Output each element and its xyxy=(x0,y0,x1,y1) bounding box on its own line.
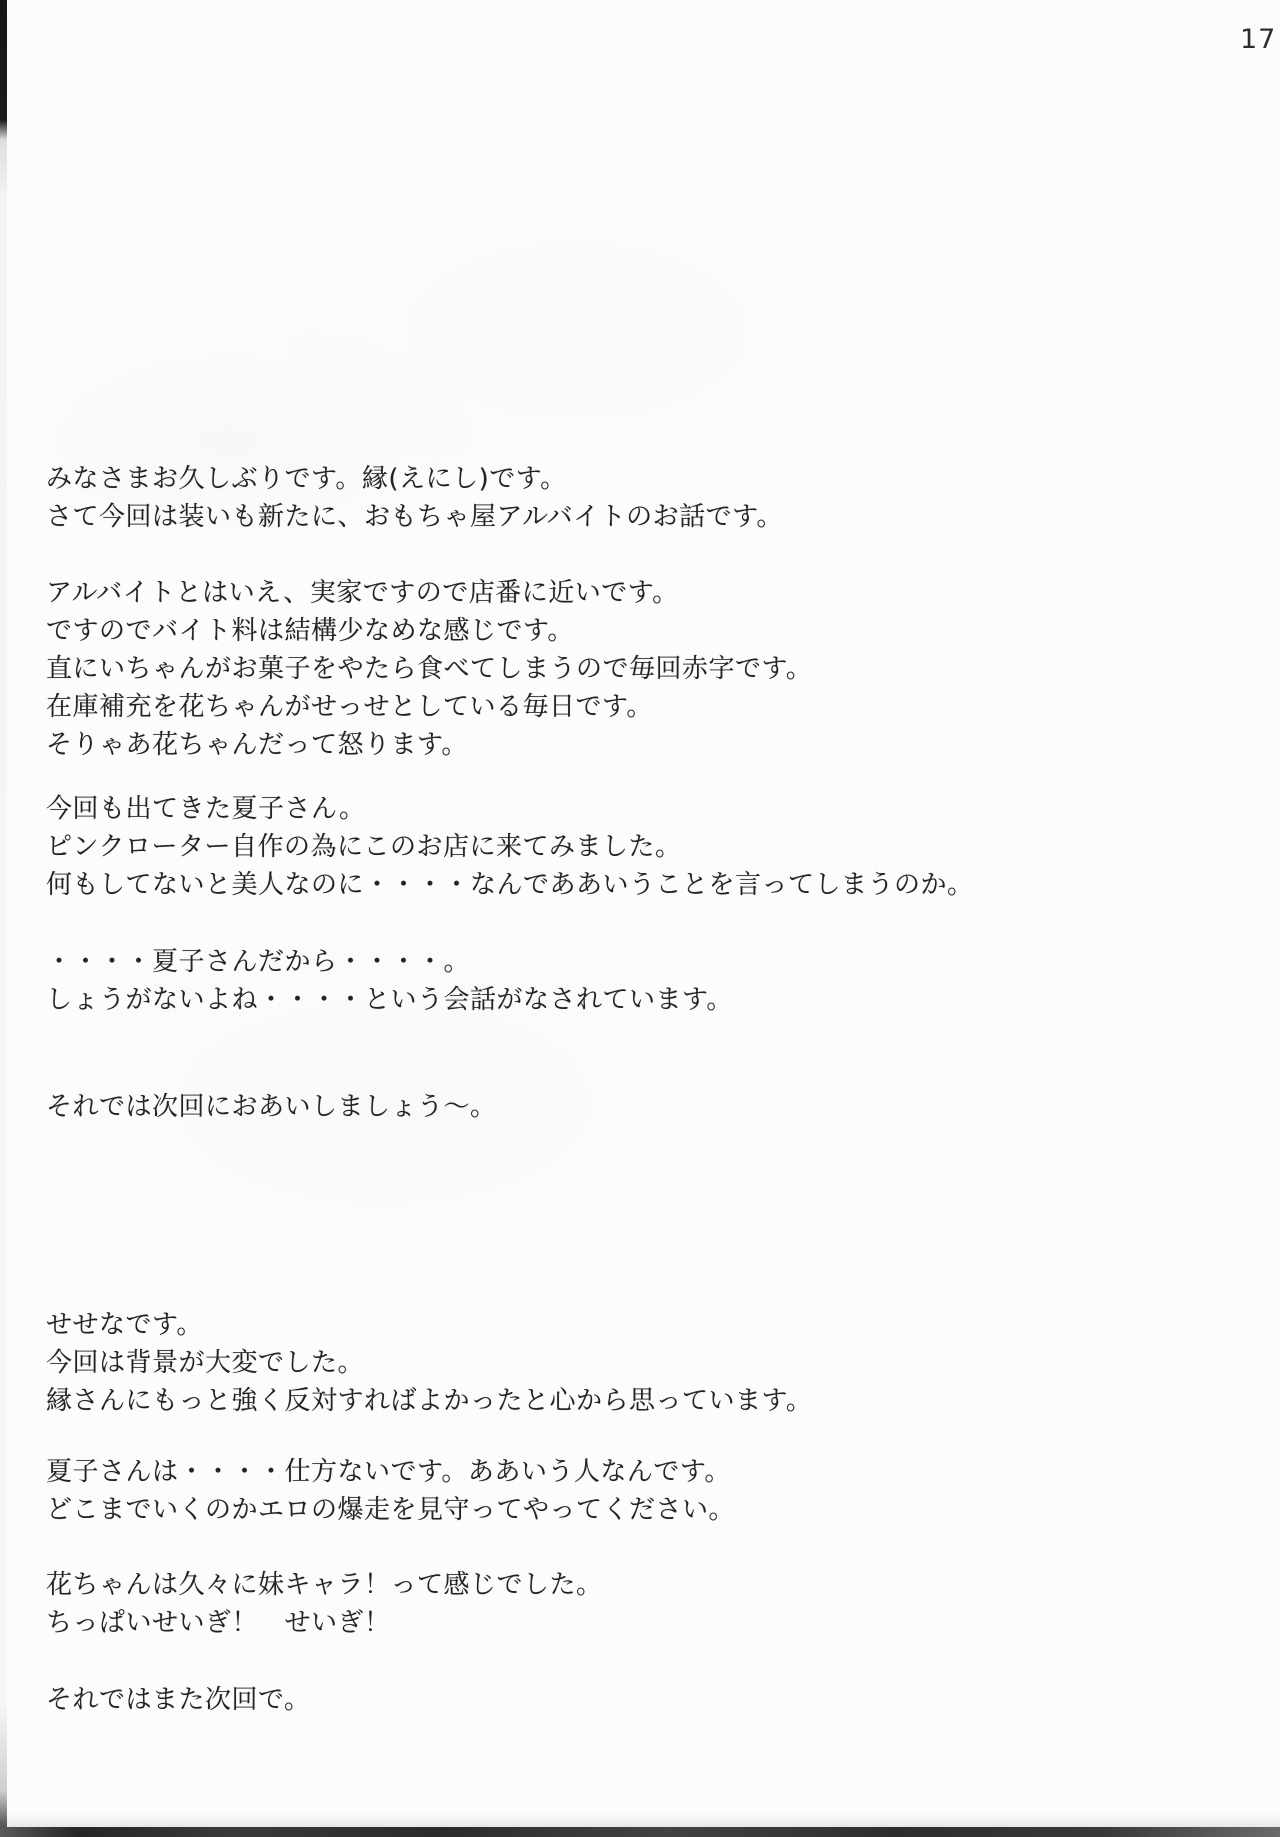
afterword-line: せせなです。 xyxy=(46,1306,1146,1344)
afterword-line: 今回も出てきた夏子さん。 xyxy=(46,790,1146,828)
afterword-line: 今回は背景が大変でした。 xyxy=(46,1344,1146,1382)
afterword-paragraph-sesena-natsuko: 夏子さんは・・・・仕方ないです。ああいう人なんです。 どこまでいくのかエロの爆走… xyxy=(46,1453,1146,1529)
afterword-line: さて今回は装いも新たに、おもちゃ屋アルバイトのお話です。 xyxy=(46,498,1146,536)
afterword-line: ちっぱいせいぎ！ せいぎ！ xyxy=(46,1604,1146,1642)
afterword-line: 縁さんにもっと強く反対すればよかったと心から思っています。 xyxy=(46,1382,1146,1420)
afterword-line: 何もしてないと美人なのに・・・・なんでああいうことを言ってしまうのか。 xyxy=(46,866,1146,904)
afterword-paragraph-shop-story: アルバイトとはいえ、実家ですので店番に近いです。 ですのでバイト料は結構少なめな… xyxy=(46,574,1146,764)
afterword-line: ピンクローター自作の為にこのお店に来てみました。 xyxy=(46,828,1146,866)
scan-left-edge-artifact xyxy=(0,0,7,1837)
afterword-line: しょうがないよね・・・・という会話がなされています。 xyxy=(46,981,1146,1019)
page-number: 17 xyxy=(1240,24,1276,55)
afterword-paragraph-sesena-intro: せせなです。 今回は背景が大変でした。 縁さんにもっと強く反対すればよかったと心… xyxy=(46,1306,1146,1420)
scanned-afterword-page: 17 みなさまお久しぶりです。縁(えにし)です。 さて今回は装いも新たに、おもち… xyxy=(0,0,1280,1837)
afterword-line: それではまた次回で。 xyxy=(46,1681,1146,1719)
afterword-line: 花ちゃんは久々に妹キャラ！って感じでした。 xyxy=(46,1566,1146,1604)
scan-bottom-shadow-artifact xyxy=(0,1813,1280,1827)
afterword-line: それでは次回におあいしましょう～。 xyxy=(46,1088,1146,1126)
afterword-line: ですのでバイト料は結構少なめな感じです。 xyxy=(46,612,1146,650)
afterword-line: 在庫補充を花ちゃんがせっせとしている毎日です。 xyxy=(46,688,1146,726)
afterword-line: どこまでいくのかエロの爆走を見守ってやってください。 xyxy=(46,1491,1146,1529)
afterword-paragraph-hana: 花ちゃんは久々に妹キャラ！って感じでした。 ちっぱいせいぎ！ せいぎ！ xyxy=(46,1566,1146,1642)
afterword-paragraph-conversation: ・・・・夏子さんだから・・・・。 しょうがないよね・・・・という会話がなされてい… xyxy=(46,943,1146,1019)
afterword-line: そりゃあ花ちゃんだって怒ります。 xyxy=(46,726,1146,764)
afterword-paragraph-greeting: みなさまお久しぶりです。縁(えにし)です。 さて今回は装いも新たに、おもちゃ屋ア… xyxy=(46,460,1146,536)
afterword-line: アルバイトとはいえ、実家ですので店番に近いです。 xyxy=(46,574,1146,612)
afterword-paragraph-natsuko: 今回も出てきた夏子さん。 ピンクローター自作の為にこのお店に来てみました。 何も… xyxy=(46,790,1146,904)
afterword-line: 直にいちゃんがお菓子をやたら食べてしまうので毎回赤字です。 xyxy=(46,650,1146,688)
afterword-paragraph-enishi-closing: それでは次回におあいしましょう～。 xyxy=(46,1088,1146,1126)
afterword-line: 夏子さんは・・・・仕方ないです。ああいう人なんです。 xyxy=(46,1453,1146,1491)
scan-bottom-edge-artifact xyxy=(0,1827,1280,1837)
afterword-paragraph-sesena-closing: それではまた次回で。 xyxy=(46,1681,1146,1719)
afterword-line: みなさまお久しぶりです。縁(えにし)です。 xyxy=(46,460,1146,498)
afterword-line: ・・・・夏子さんだから・・・・。 xyxy=(46,943,1146,981)
